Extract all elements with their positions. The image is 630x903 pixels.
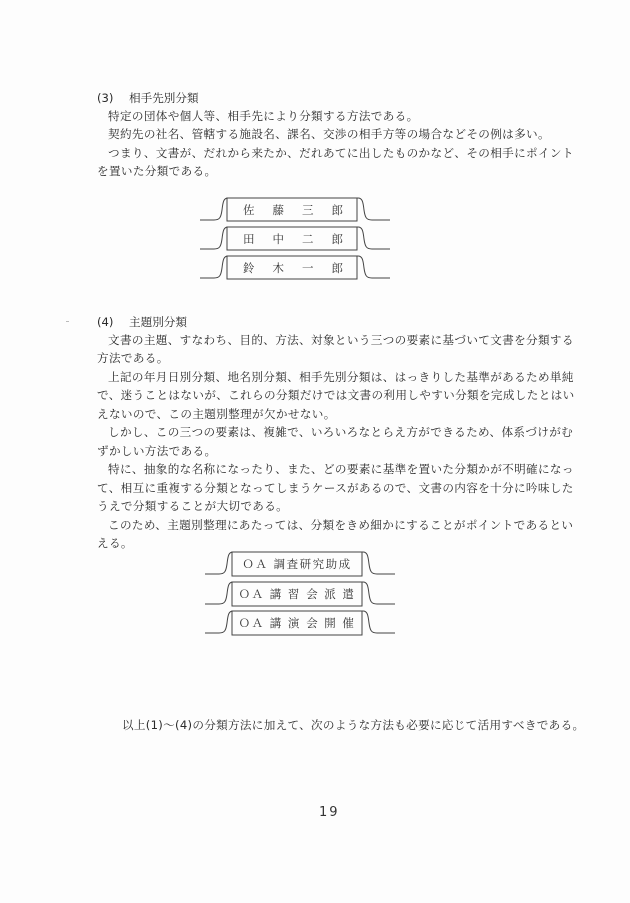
folder-label-suzuki: 鈴 木 一 郎 — [243, 261, 343, 275]
folder-char: 佐 — [243, 203, 255, 217]
section4-heading: (4)主題別分類 — [97, 315, 187, 329]
section4-line-3: 上記の年月日別分類、地名別分類、相手先別分類は、はっきりした基準があるため単純 — [108, 370, 537, 384]
section4-line-9: て、相互に重複する分類となってしまうケースがあるので、文書の内容を十分に吟味した — [97, 481, 537, 495]
folder-char: 三 — [302, 203, 314, 217]
section4-line-10: うえで分類することが大切である。 — [97, 499, 537, 513]
document-page: (3)相手先別分類 特定の団体や個人等、相手先により分類する方法である。 契約先… — [0, 0, 630, 903]
page-number: 19 — [319, 805, 340, 820]
folder-char: 郎 — [332, 203, 344, 217]
section4-line-6: しかし、この三つの要素は、複雑で、いろいろなとらえ方ができるため、体系づけがむ — [108, 425, 537, 439]
section3-line-4: を置いた分類である。 — [97, 164, 537, 178]
folder-char: 田 — [243, 232, 255, 246]
folder-label-oa-training-dispatch: ＯＡ 講 習 会 派 遣 — [232, 587, 362, 601]
section3-line-1: 特定の団体や個人等、相手先により分類する方法である。 — [108, 109, 537, 123]
folder-char: 二 — [302, 232, 314, 246]
section4-title: 主題別分類 — [129, 315, 187, 329]
section4-line-11: このため、主題別整理にあたっては、分類をきめ細かにすることがポイントであるとい — [108, 518, 537, 532]
section3-title: 相手先別分類 — [129, 91, 199, 105]
section4-number: (4) — [97, 315, 129, 329]
section4-line-12: える。 — [97, 536, 537, 550]
section4-line-8: 特に、抽象的な名称になったり、また、どの要素に基準を置いた分類かが不明確になっ — [108, 462, 537, 476]
folder-label-oa-lecture-event: ＯＡ 講 演 会 開 催 — [232, 616, 362, 630]
folder-label-sato: 佐 藤 三 郎 — [243, 203, 343, 217]
folder-char: 中 — [273, 232, 285, 246]
section3-heading: (3)相手先別分類 — [97, 91, 199, 105]
section3-line-3: つまり、文書が、だれから来たか、だれあてに出したものかなど、その相手にポイント — [108, 146, 537, 160]
folder-label-tanaka: 田 中 二 郎 — [243, 232, 343, 246]
section4-line-4: で、迷うことはないが、これらの分類だけでは文書の利用しやすい分類を完成したとはい — [97, 388, 537, 402]
subject-folder-diagram: ＯＡ 調査研究助成 ＯＡ 講 習 会 派 遣 ＯＡ 講 演 会 開 催 — [203, 549, 398, 639]
section4-line-7: ずかしい方法である。 — [97, 444, 537, 458]
folder-char: 郎 — [332, 261, 344, 275]
folder-char: 藤 — [273, 203, 285, 217]
folder-char: 木 — [273, 261, 285, 275]
section4-line-2: 方法である。 — [97, 351, 537, 365]
correspondent-folder-diagram: 佐 藤 三 郎 田 中 二 郎 鈴 木 一 郎 — [198, 195, 393, 285]
folder-char: 鈴 — [243, 261, 255, 275]
section4-line-5: えないので、この主題別整理が欠かせない。 — [97, 407, 537, 421]
closing-sentence: 以上(1)～(4)の分類方法に加えて、次のような方法も必要に応じて活用すべきであ… — [122, 718, 584, 732]
scan-speck — [66, 321, 69, 322]
section4-line-1: 文書の主題、すなわち、目的、方法、対象という三つの要素に基づいて文書を分類する — [108, 333, 537, 347]
section3-number: (3) — [97, 91, 129, 105]
folder-label-oa-research-grant: ＯＡ 調査研究助成 — [232, 557, 362, 571]
section3-line-2: 契約先の社名、管轄する施設名、課名、交渉の相手方等の場合などその例は多い。 — [108, 127, 537, 141]
folder-char: 一 — [302, 261, 314, 275]
folder-char: 郎 — [332, 232, 344, 246]
